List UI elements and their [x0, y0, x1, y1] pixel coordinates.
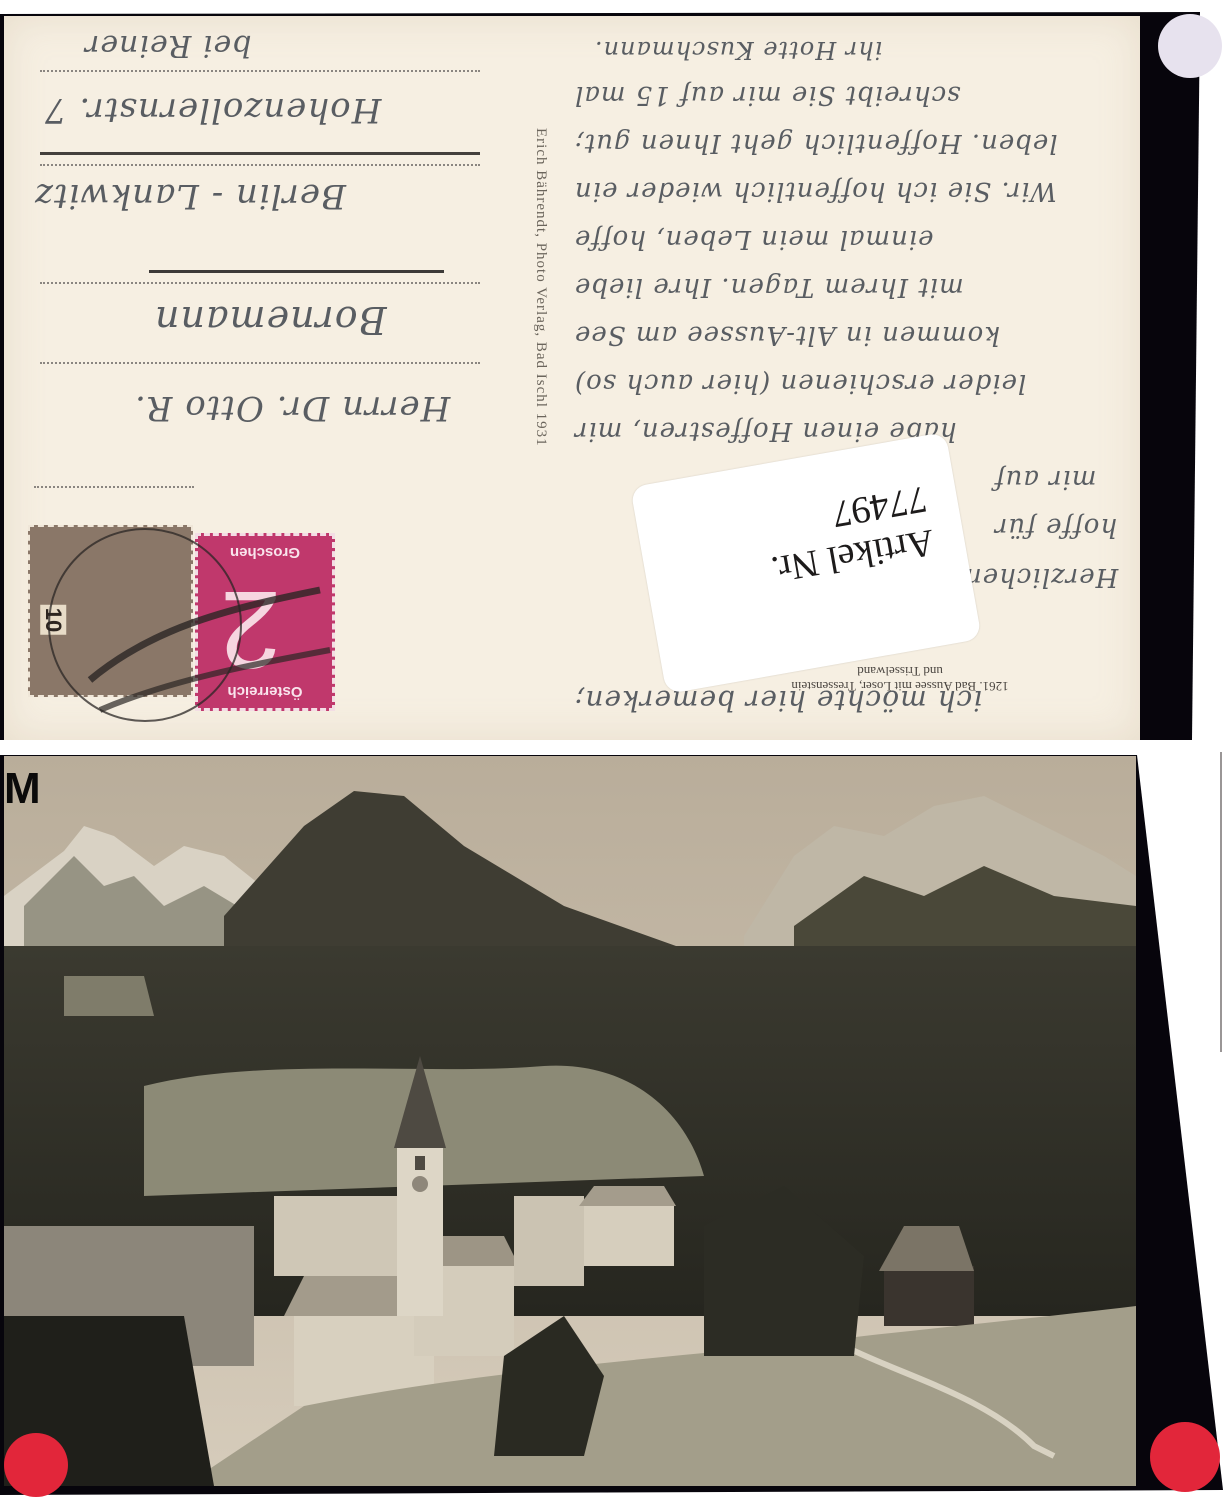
caption-line-1: 1261. Bad Aussee mit Loser, Tressenstein — [690, 679, 1110, 694]
message-line: kommen in Alt-Aussee am See — [574, 320, 1000, 350]
address-line-1: bei Reiner — [84, 28, 251, 63]
message-line: leben. Hoffentlich geht Ihnen gut; — [574, 128, 1058, 158]
underline-stroke — [149, 270, 444, 273]
message-line: einmal mein Leben, hoffe — [574, 224, 934, 254]
scan-edge-rule — [1220, 752, 1222, 1052]
address-rule — [40, 362, 480, 364]
corner-ink-mark: M — [4, 764, 41, 814]
publisher-imprint: Erich Bährendt, Photo Verlag, Bad Ischl … — [532, 128, 549, 447]
stamp-area-rule — [34, 486, 194, 488]
address-line-4: Bornemann — [154, 298, 387, 342]
alpine-village-scene — [4, 756, 1136, 1486]
message-line: leider erschienen (hier auch so) — [574, 368, 1026, 398]
address-line-3: Berlin - Lankwitz — [34, 176, 346, 216]
address-rule-solid — [40, 152, 480, 155]
message-line: ihr Hotte Kuschmann. — [594, 36, 882, 64]
message-line: mir auf — [994, 464, 1097, 494]
message-line: schreibt Sie mir auf 15 mal — [574, 80, 961, 110]
message-line: Herzlichen — [964, 562, 1118, 592]
address-rule — [40, 164, 480, 166]
message-line: Wir. Sie ich hoffentlich wieder ein — [574, 176, 1057, 206]
address-rule — [40, 70, 480, 72]
message-line: hoffe für — [994, 512, 1117, 542]
cancellation-strokes — [60, 570, 340, 720]
message-line: mit Ihrem Tagen. Ihre liebe — [574, 272, 964, 302]
corner-marker-bottom-right — [1150, 1422, 1220, 1492]
corner-marker-bottom-left — [4, 1433, 68, 1497]
postcard-photo — [4, 756, 1136, 1486]
stamp-unit: Groschen — [198, 544, 332, 561]
address-line-2: Hohenzollernstr. 7 — [44, 90, 381, 130]
address-line-5: Herrn Dr. Otto R. — [134, 388, 450, 428]
article-label-text: Artikel Nr. 77497 — [761, 476, 938, 591]
address-rule — [40, 282, 480, 284]
corner-marker-top-right — [1158, 14, 1222, 78]
